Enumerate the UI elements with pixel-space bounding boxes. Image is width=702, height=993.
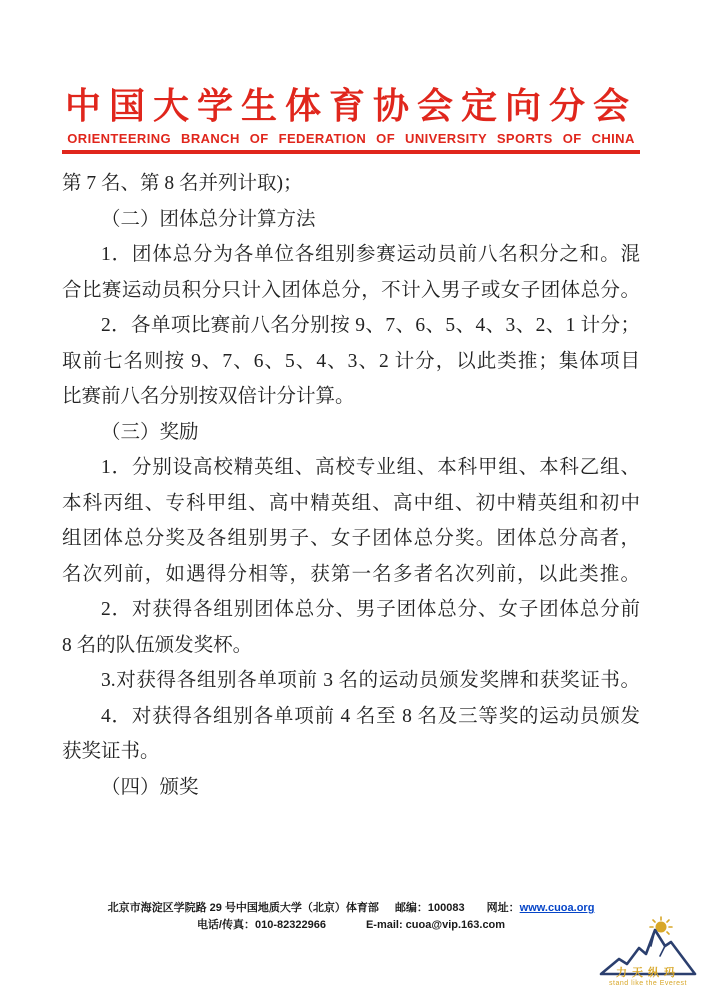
footer-phone: 电话/传真：010-82322966 (197, 919, 326, 931)
body-line: 1．团体总分为各单位各组别参赛运动员前八名积分之和。混 (62, 237, 640, 273)
footer-email: E-mail: cuoa@vip.163.com (366, 919, 505, 931)
body-line: 取前七名则按 9、7、6、5、4、3、2 计分，以此类推；集体项目 (62, 344, 640, 380)
body-line: 比赛前八名分别按双倍计分计算。 (62, 379, 640, 415)
footer-line-2: 电话/传真：010-82322966E-mail: cuoa@vip.163.c… (0, 917, 702, 934)
body-line: 3.对获得各组别各单项前 3 名的运动员颁发奖牌和获奖证书。 (62, 663, 640, 699)
org-title-chinese: 中国大学生体育协会定向分会 (62, 86, 640, 126)
body-line: 合比赛运动员积分只计入团体总分，不计入男子或女子团体总分。 (62, 273, 640, 309)
body-line-section-heading: （三）奖励 (62, 415, 640, 451)
body-line: 4．对获得各组别各单项前 4 名至 8 名及三等奖的运动员颁发 (62, 699, 640, 735)
body-line: 第 7 名、第 8 名并列计取)； (62, 166, 640, 202)
body-line: 8 名的队伍颁发奖杯。 (62, 628, 640, 664)
body-line: 2．对获得各组别团体总分、男子团体总分、女子团体总分前 (62, 592, 640, 628)
document-page: 中国大学生体育协会定向分会 ORIENTEERING BRANCH OF FED… (0, 0, 702, 993)
footer-postcode: 邮编：100083 (395, 902, 465, 914)
body-line: 名次列前，如遇得分相等，获第一名多者名次列前，以此类推。 (62, 557, 640, 593)
page-footer: 北京市海淀区学院路 29 号中国地质大学（北京）体育部邮编：100083网址：w… (0, 900, 702, 934)
footer-address: 北京市海淀区学院路 29 号中国地质大学（北京）体育部 (108, 902, 379, 914)
body-line-section-heading: （二）团体总分计算方法 (62, 202, 640, 238)
body-line-section-heading: （四）颁奖 (62, 770, 640, 806)
org-title-english: ORIENTEERING BRANCH OF FEDERATION OF UNI… (62, 131, 640, 146)
logo-tagline-english: stand like the Everest (598, 980, 698, 987)
body-line: 组团体总分奖及各组别男子、女子团体总分奖。团体总分高者， (62, 521, 640, 557)
footer-line-1: 北京市海淀区学院路 29 号中国地质大学（北京）体育部邮编：100083网址：w… (0, 900, 702, 917)
printer-watermark-logo: 力天纵玛 stand like the Everest (598, 916, 698, 987)
document-body: 第 7 名、第 8 名并列计取)； （二）团体总分计算方法 1．团体总分为各单位… (62, 166, 640, 805)
footer-website-label: 网址： (487, 902, 520, 914)
body-line: 1．分别设高校精英组、高校专业组、本科甲组、本科乙组、 (62, 450, 640, 486)
body-line: 2．各单项比赛前八名分别按 9、7、6、5、4、3、2、1 计分； (62, 308, 640, 344)
letterhead: 中国大学生体育协会定向分会 ORIENTEERING BRANCH OF FED… (62, 86, 640, 154)
footer-website-link[interactable]: www.cuoa.org (520, 902, 595, 914)
letterhead-rule (62, 150, 640, 154)
body-line: 获奖证书。 (62, 734, 640, 770)
body-line: 本科丙组、专科甲组、高中精英组、高中组、初中精英组和初中 (62, 486, 640, 522)
